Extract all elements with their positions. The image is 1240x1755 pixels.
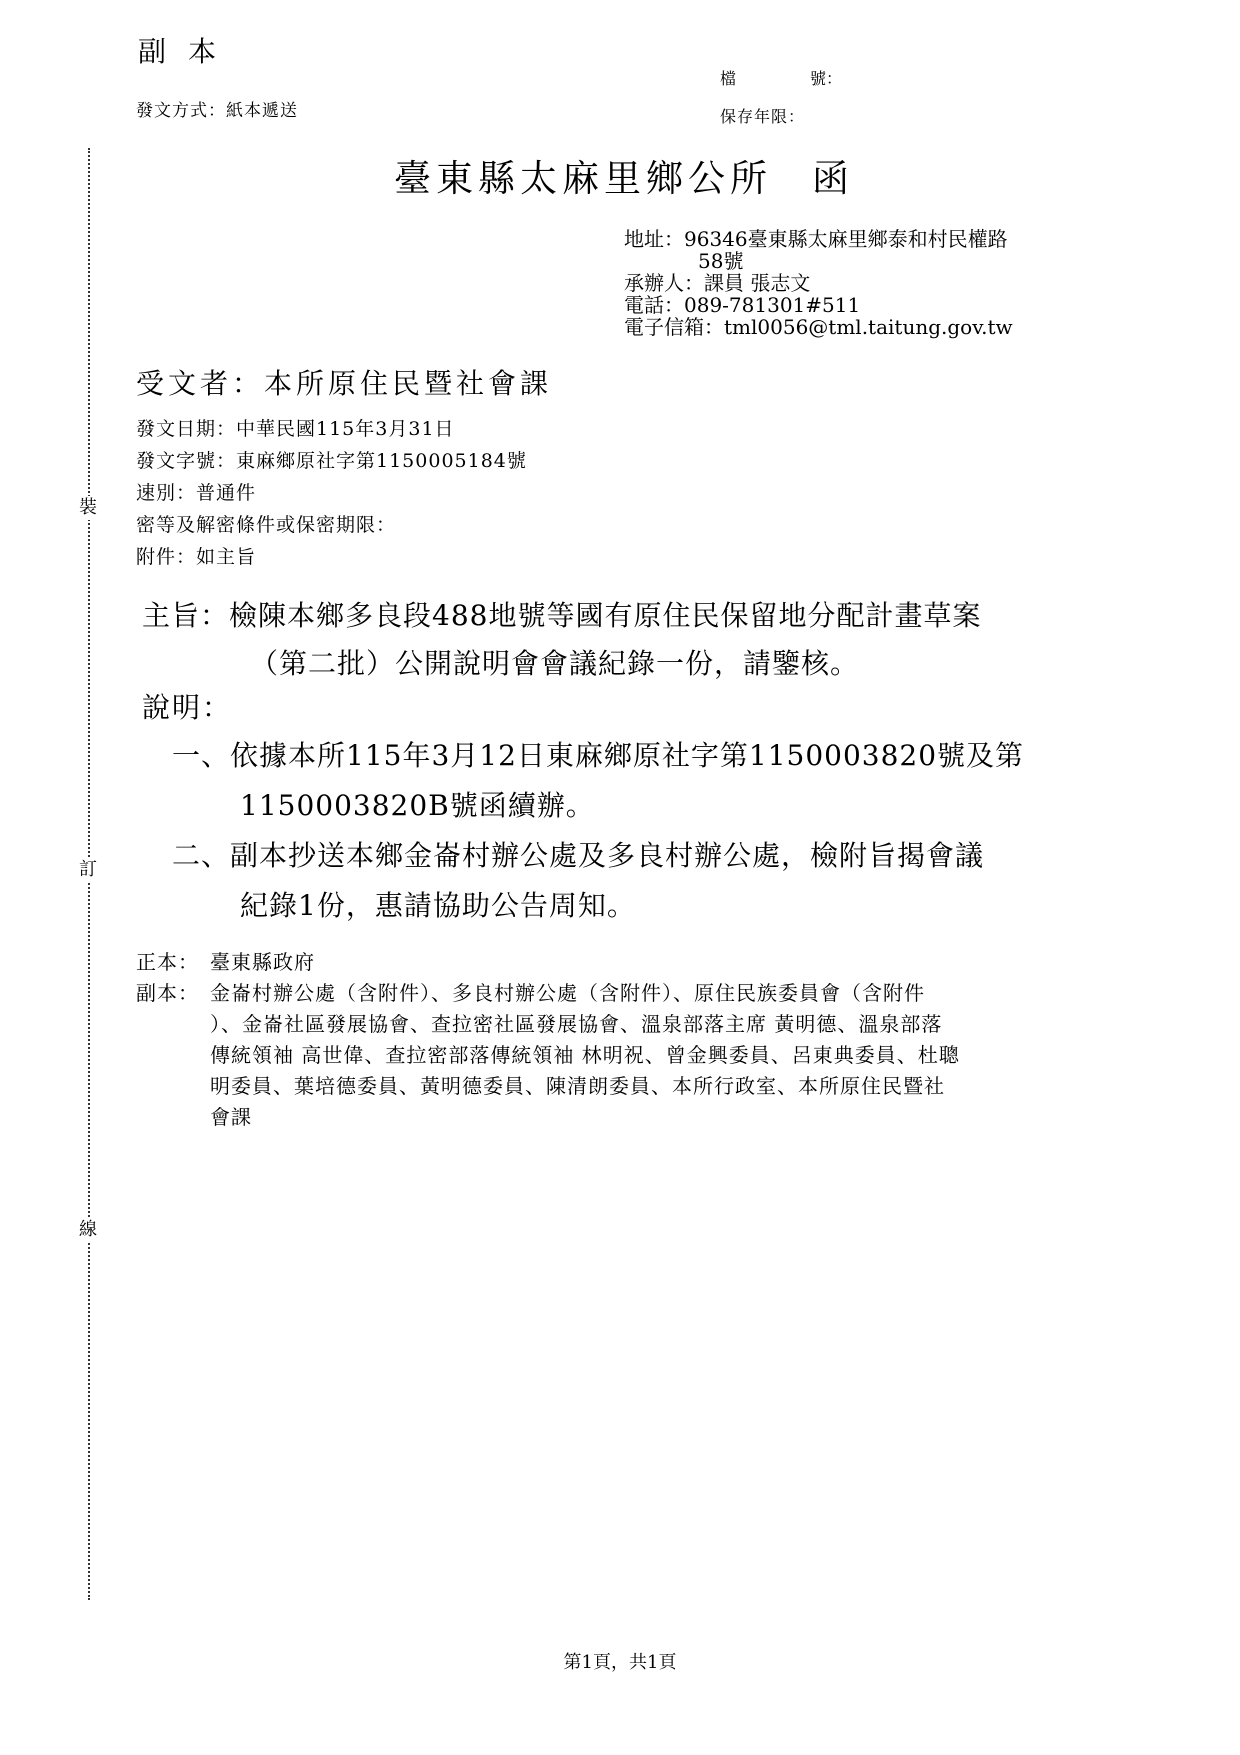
subject: 主旨：檢陳本鄉多良段488地號等國有原住民保留地分配計畫草案 （第二批）公開說明… [142, 592, 981, 688]
distribution: 正本： 臺東縣政府 副本： 金崙村辦公處（含附件）、多良村辦公處（含附件）、原住… [136, 947, 960, 1133]
document-title: 臺東縣太麻里鄉公所函 [394, 148, 854, 202]
contact-person: 承辦人：課員 張志文 [624, 272, 1013, 294]
file-number-field: 檔號： [720, 66, 842, 89]
issue-date: 發文日期：中華民國115年3月31日 [136, 413, 527, 445]
binding-label-line: 線 [79, 1218, 97, 1242]
explanation-item-1: 一、依據本所115年3月12日東麻鄉原社字第1150003820號及第 1150… [172, 731, 1024, 831]
explanation-items: 一、依據本所115年3月12日東麻鄉原社字第1150003820號及第 1150… [172, 731, 1024, 931]
urgency: 速別：普通件 [136, 477, 527, 509]
binding-label-bind: 裝 [79, 496, 97, 520]
copy-recipients-line-3: 傳統領袖 高世偉、查拉密部落傳統領袖 林明祝、曾金興委員、呂東典委員、杜聰 [136, 1040, 960, 1071]
original-label: 正本： [136, 947, 210, 978]
explanation-item-2-line-1: 二、副本抄送本鄉金崙村辦公處及多良村辦公處，檢附旨揭會議 [172, 831, 1024, 881]
explanation-item-1-line-1: 一、依據本所115年3月12日東麻鄉原社字第1150003820號及第 [172, 731, 1024, 781]
copy-recipients-line-2: ）、金崙社區發展協會、查拉密社區發展協會、溫泉部落主席 黃明德、溫泉部落 [136, 1009, 960, 1040]
retention-period-field: 保存年限： [720, 104, 805, 127]
binding-label-staple: 訂 [79, 858, 97, 882]
sender-address: 地址：96346臺東縣太麻里鄉泰和村民權路 [624, 228, 1013, 250]
copy-recipients-line-1: 金崙村辦公處（含附件）、多良村辦公處（含附件）、原住民族委員會（含附件 [210, 978, 925, 1009]
document-meta: 發文日期：中華民國115年3月31日 發文字號：東麻鄉原社字第115000518… [136, 413, 527, 573]
attachments: 附件：如主旨 [136, 541, 527, 573]
page-indicator: 第1頁，共1頁 [0, 1648, 1240, 1674]
sender-info: 地址：96346臺東縣太麻里鄉泰和村民權路 58號 承辦人：課員 張志文 電話：… [624, 228, 1013, 338]
classification: 密等及解密條件或保密期限： [136, 509, 527, 541]
original-recipient-row: 正本： 臺東縣政府 [136, 947, 960, 978]
explanation-item-1-line-2: 1150003820B號函續辦。 [172, 781, 1024, 831]
file-number-label-b: 號： [810, 69, 842, 88]
agency-name: 臺東縣太麻里鄉公所 [394, 157, 772, 200]
sender-address-cont: 58號 [624, 250, 1013, 272]
contact-email: 電子信箱：tml0056@tml.taitung.gov.tw [624, 316, 1013, 338]
explanation-label: 說明： [142, 686, 232, 726]
copy-recipients-line-5: 會課 [136, 1102, 960, 1133]
document-number: 發文字號：東麻鄉原社字第1150005184號 [136, 445, 527, 477]
explanation-item-2: 二、副本抄送本鄉金崙村辦公處及多良村辦公處，檢附旨揭會議 紀錄1份，惠請協助公告… [172, 831, 1024, 931]
send-method: 發文方式：紙本遞送 [136, 96, 298, 121]
copy-recipients-line-4: 明委員、葉培德委員、黃明德委員、陳清朗委員、本所行政室、本所原住民暨社 [136, 1071, 960, 1102]
original-recipient: 臺東縣政府 [210, 947, 315, 978]
subject-line-2: （第二批）公開說明會會議紀錄一份，請鑒核。 [142, 640, 981, 688]
copy-label: 副本： [136, 978, 210, 1009]
document-type: 函 [812, 157, 854, 200]
recipient: 受文者：本所原住民暨社會課 [136, 362, 552, 402]
explanation-item-2-line-2: 紀錄1份，惠請協助公告周知。 [172, 881, 1024, 931]
subject-line-1: 主旨：檢陳本鄉多良段488地號等國有原住民保留地分配計畫草案 [142, 592, 981, 640]
contact-phone: 電話：089-781301#511 [624, 294, 1013, 316]
file-number-label-a: 檔 [720, 66, 810, 89]
copy-mark: 副本 [138, 30, 238, 70]
copy-recipient-row: 副本： 金崙村辦公處（含附件）、多良村辦公處（含附件）、原住民族委員會（含附件 [136, 978, 960, 1009]
